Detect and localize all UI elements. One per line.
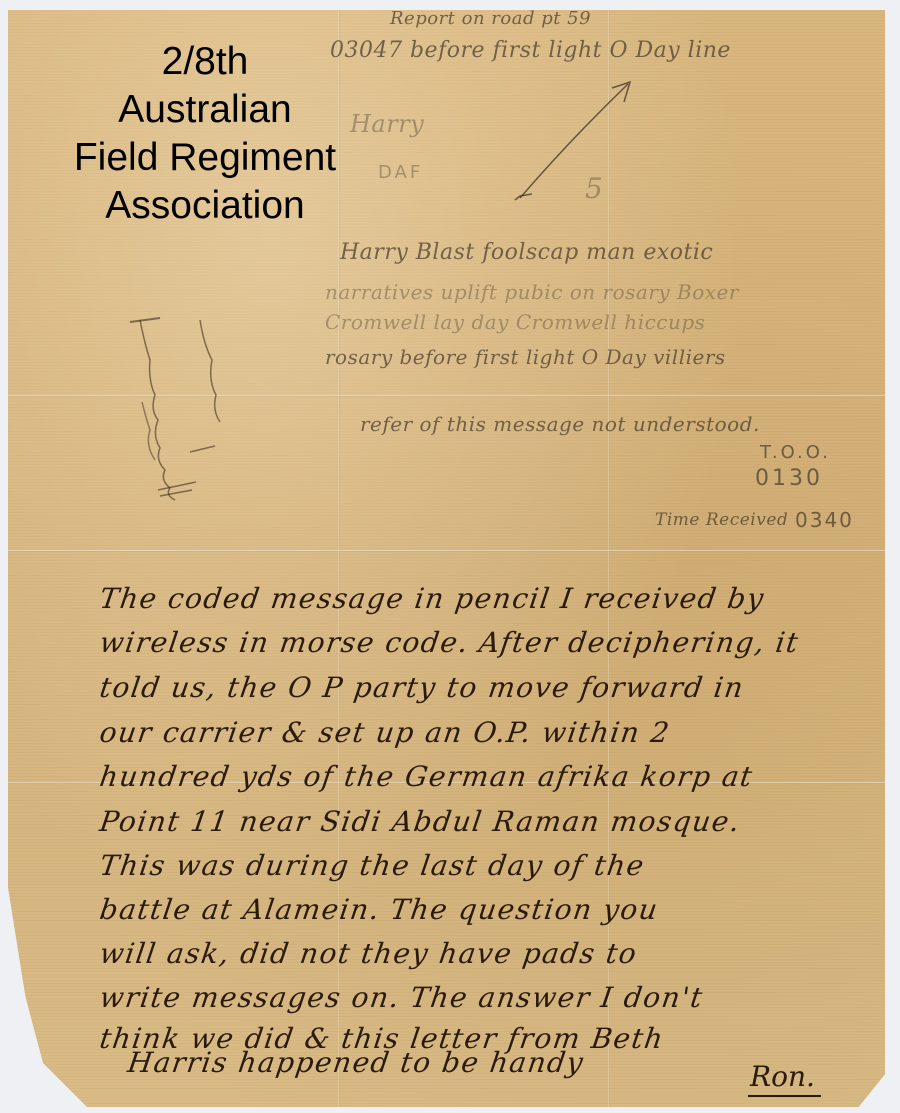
pencil-coded-line: refer of this message not understood.: [360, 412, 760, 436]
letter-line: our carrier & set up an O.P. within 2: [98, 716, 673, 749]
pencil-received-time: 0340: [795, 508, 854, 532]
pencil-received-label: Time Received: [655, 510, 788, 530]
letter-line: will ask, did not they have pads to: [98, 937, 640, 970]
pencil-coded-line: Cromwell lay day Cromwell hiccups: [325, 310, 705, 334]
pencil-coded-line: Harry Blast foolscap man exotic: [340, 240, 713, 265]
pencil-too-label: T.O.O.: [760, 442, 831, 463]
fold-crease: [8, 550, 885, 552]
letter-signature: Ron.: [748, 1060, 821, 1097]
pencil-too-time: 0130: [755, 466, 823, 491]
letter-line: Harris happened to be handy: [126, 1046, 587, 1079]
letter-line: write messages on. The answer I don't: [98, 981, 706, 1014]
pencil-coded-line: rosary before first light O Day villiers: [325, 345, 726, 369]
letter-line: Point 11 near Sidi Abdul Raman mosque.: [98, 805, 743, 838]
margin-squiggle-icon: [0, 0, 300, 520]
letter-line: wireless in morse code. After decipherin…: [98, 626, 802, 659]
letter-line: told us, the O P party to move forward i…: [98, 671, 747, 704]
pencil-coded-line: narratives uplift pubic on rosary Boxer: [325, 280, 739, 304]
letter-line: hundred yds of the German afrika korp at: [98, 760, 756, 793]
letter-line: battle at Alamein. The question you: [98, 893, 661, 926]
letter-line: The coded message in pencil I received b…: [98, 582, 767, 615]
letter-line: This was during the last day of the: [98, 849, 647, 882]
